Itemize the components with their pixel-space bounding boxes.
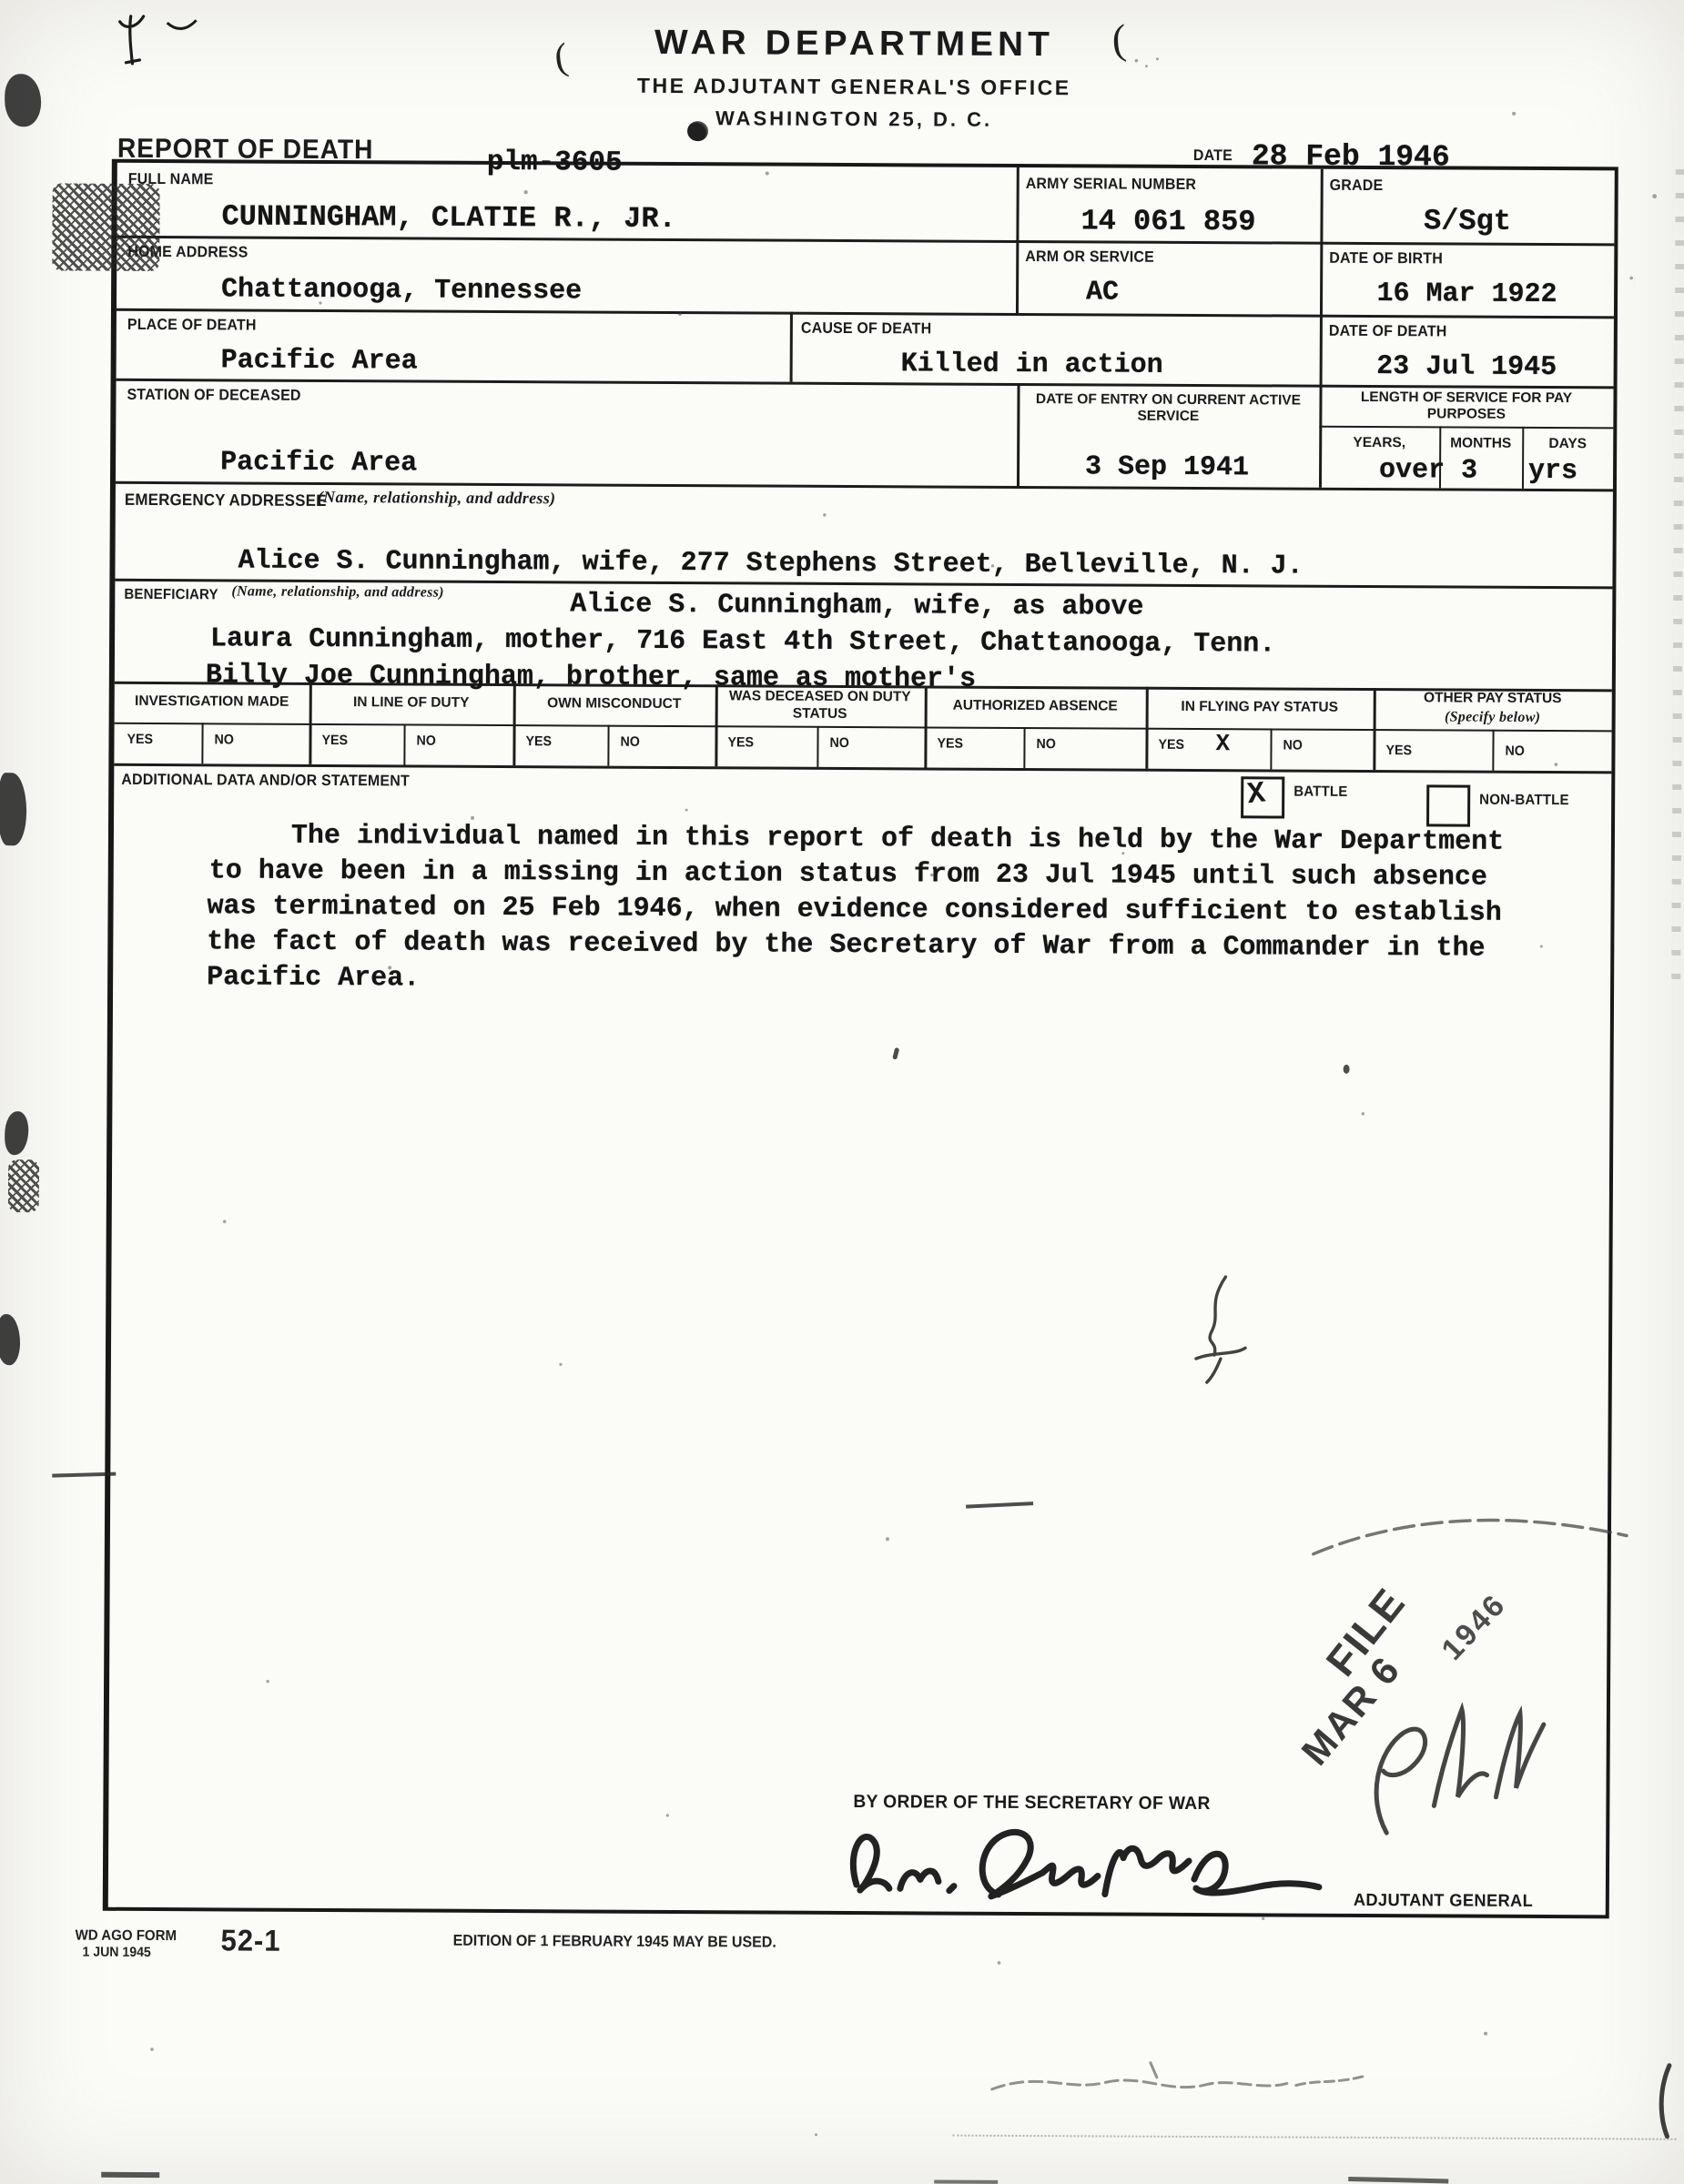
beneficiary-line: Alice S. Cunningham, wife, as above [570,589,1143,622]
date-of-entry-value: 3 Sep 1941 [1017,451,1317,484]
scan-speckle-overlay [0,0,1684,2184]
emergency-addressee-value: Alice S. Cunningham, wife, 277 Stephens … [238,545,1303,581]
date-of-death-value: 23 Jul 1945 [1320,351,1614,384]
army-serial-number-value: 14 061 859 [1016,204,1320,239]
arm-or-service-value: AC [1086,277,1119,308]
length-of-service-unit: yrs [1528,456,1577,487]
beneficiary-line: Laura Cunningham, mother, 716 East 4th S… [210,623,1275,660]
beneficiary-line: Billy Joe Cunningham, brother, same as m… [206,660,976,694]
date-of-birth-value: 16 Mar 1922 [1320,278,1614,311]
reference-number: plm-3605 [487,147,623,179]
cause-of-death-value: Killed in action [901,349,1163,381]
scanned-document-page: WAR DEPARTMENT THE ADJUTANT GENERAL'S OF… [0,0,1684,2184]
length-of-service-value: over 3 [1379,455,1477,487]
station-of-deceased-value: Pacific Area [220,447,417,479]
scan-content: WAR DEPARTMENT THE ADJUTANT GENERAL'S OF… [0,0,1684,2184]
grade-value: S/Sgt [1320,204,1614,239]
home-address-value: Chattanooga, Tennessee [221,274,582,307]
place-of-death-value: Pacific Area [221,345,418,377]
report-date-value: 28 Feb 1946 [1252,139,1450,174]
full-name-value: CUNNINGHAM, CLATIE R., JR. [221,199,675,236]
